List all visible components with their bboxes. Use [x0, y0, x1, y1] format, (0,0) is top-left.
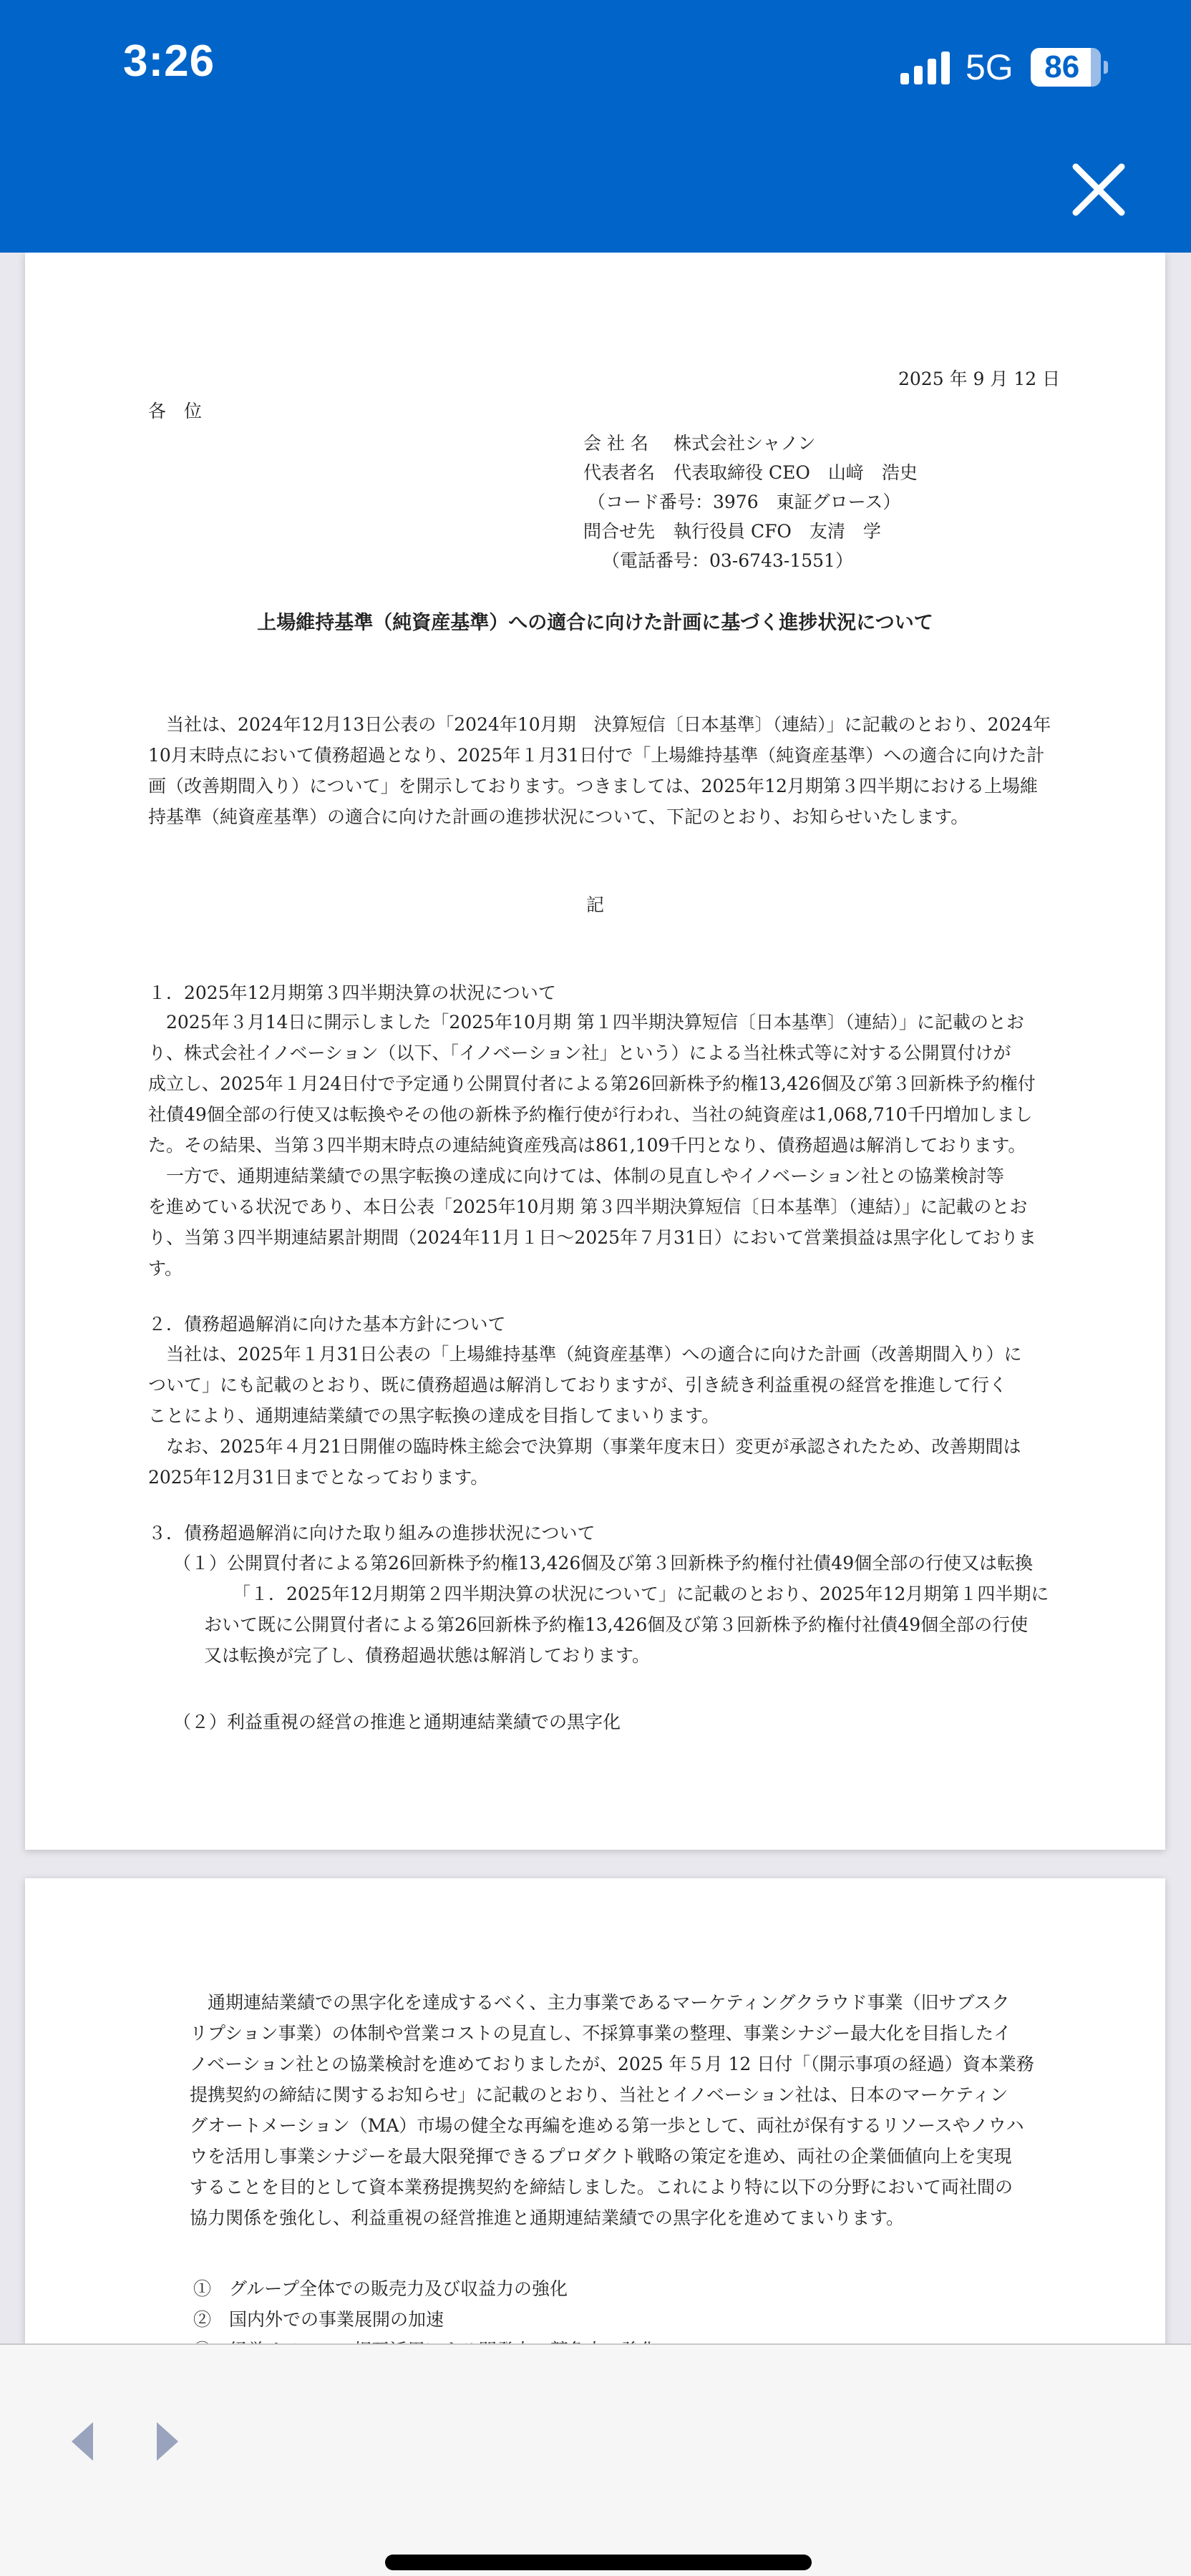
representative-label: 代表者名	[583, 457, 655, 488]
ki-heading: 記	[25, 889, 1165, 920]
section-1-line: た。その結果、当第３四半期末時点の連結純資産残高は861,109千円となり、債務…	[148, 1130, 1026, 1161]
section-1-heading: １．2025年12月期第３四半期決算の状況について	[148, 977, 556, 1008]
next-page-button[interactable]	[147, 2416, 190, 2467]
section-3-item-1-line: 又は転換が完了し、債務超過状態は解消しております。	[204, 1640, 650, 1671]
page-2-line: 通期連結業績での黒字化を達成するべく、主力事業であるマーケティングクラウド事業（…	[190, 1987, 1010, 2018]
section-1-line: 2025年３月14日に開示しました「2025年10月期 第１四半期決算短信〔日本…	[148, 1007, 1024, 1038]
document-date: 2025 年 9 月 12 日	[898, 364, 1060, 394]
document-title: 上場維持基準（純資産基準）への適合に向けた計画に基づく進捗状況について	[25, 608, 1165, 638]
intro-line: 持基準（純資産基準）の適合に向けた計画の進捗状況について、下記のとおり、お知らせ…	[148, 801, 968, 832]
bottom-toolbar	[0, 2343, 1191, 2576]
page-2-line: 提携契約の締結に関するお知らせ」に記載のとおり、当社とイノベーション社は、日本の…	[190, 2079, 1008, 2110]
contact-label: 問合せ先	[583, 516, 655, 547]
stock-code: （コード番号：3976 東証グロース）	[588, 487, 900, 517]
section-1-line: り、株式会社イノベーション（以下、「イノベーション社」という）による当社株式等に…	[148, 1038, 1011, 1068]
contact-value: 執行役員 CFO 友清 学	[674, 516, 881, 547]
section-1-line: を進めている状況であり、本日公表「2025年10月期 第３四半期決算短信〔日本基…	[148, 1191, 1027, 1222]
section-1-line: り、当第３四半期連結累計期間（2024年11月１日～2025年７月31日）におい…	[148, 1222, 1036, 1253]
section-1-line: 社債49個全部の行使又は転換やその他の新株予約権行使が行われ、当社の純資産は1,…	[148, 1099, 1033, 1130]
page-2-line: ノベーション社との協業検討を進めておりましたが、2025 年５月 12 日付「（…	[190, 2049, 1034, 2079]
close-icon	[1070, 161, 1127, 218]
home-indicator[interactable]	[385, 2555, 812, 2570]
page-2-line: ウを活用し事業シナジーを最大限発揮できるプロダクト戦略の策定を進め、両社の企業価…	[190, 2141, 1012, 2172]
page-2-list-item: ③ 経営リソースの相互活用による開発力・競争力の強化	[193, 2335, 658, 2343]
document-viewer[interactable]: 2025 年 9 月 12 日 各 位 会 社 名 株式会社シャノン 代表者名 …	[0, 253, 1191, 2343]
section-1-line: 成立し、2025年１月24日付で予定通り公開買付者による第26回新株予約権13,…	[148, 1068, 1036, 1099]
intro-line: 当社は、2024年12月13日公表の「2024年10月期 決算短信〔日本基準〕（…	[148, 709, 1051, 740]
battery-icon: 86	[1031, 48, 1101, 87]
section-1-line: す。	[148, 1253, 183, 1284]
intro-line: 画（改善期間入り）について」を開示しております。つきましては、2025年12月期…	[148, 771, 1038, 801]
page-2-list-item: ① グループ全体での販売力及び収益力の強化	[193, 2273, 568, 2304]
page-2-list-item: ② 国内外での事業展開の加速	[193, 2304, 444, 2335]
section-3-item-1-line: 「１．2025年12月期第２四半期決算の状況について」に記載のとおり、2025年…	[233, 1579, 1049, 1609]
section-3-item-1-line: おいて既に公開買付者による第26回新株予約権13,426個及び第３回新株予約権付…	[204, 1609, 1028, 1640]
section-3-item-2-heading: （２）利益重視の経営の推進と通期連結業績での黒字化	[173, 1707, 621, 1737]
page-2-line: グオートメーション（MA）市場の健全な再編を進める第一歩として、両社が保有するリ…	[190, 2110, 1024, 2141]
document-page-1: 2025 年 9 月 12 日 各 位 会 社 名 株式会社シャノン 代表者名 …	[25, 253, 1165, 1850]
section-2-line: なお、2025年４月21日開催の臨時株主総会で決算期（事業年度末日）変更が承認さ…	[148, 1431, 1021, 1462]
document-page-2: 通期連結業績での黒字化を達成するべく、主力事業であるマーケティングクラウド事業（…	[25, 1878, 1165, 2343]
section-2-line: ついて」にも記載のとおり、既に債務超過は解消しておりますが、引き続き利益重視の経…	[148, 1370, 1007, 1400]
representative-value: 代表取締役 CEO 山﨑 浩史	[674, 457, 918, 488]
page-2-line: リプション事業）の体制や営業コストの見直し、不採算事業の整理、事業シナジー最大化…	[190, 2018, 1011, 2049]
header-bar: 3:26 5G 86	[0, 0, 1191, 253]
section-2-line: 当社は、2025年１月31日公表の「上場維持基準（純資産基準）への適合に向けた計…	[148, 1339, 1021, 1370]
next-page-icon	[147, 2416, 190, 2467]
addressee: 各 位	[148, 396, 202, 426]
section-2-line: 2025年12月31日までとなっております。	[148, 1462, 488, 1493]
section-2-line: ことにより、通期連結業績での黒字転換の達成を目指してまいります。	[148, 1400, 719, 1431]
section-3-heading: ３．債務超過解消に向けた取り組みの進捗状況について	[148, 1518, 595, 1548]
section-3-item-1-heading: （１）公開買付者による第26回新株予約権13,426個及び第３回新株予約権付社債…	[173, 1548, 1033, 1579]
page-2-line: 協力関係を強化し、利益重視の経営推進と通期連結業績での黒字化を進めてまいります。	[190, 2202, 904, 2233]
company-label: 会 社 名	[583, 428, 648, 459]
phone-number: （電話番号：03-6743-1551）	[602, 545, 853, 576]
intro-line: 10月末時点において債務超過となり、2025年１月31日付で「上場維持基準（純資…	[148, 740, 1044, 771]
company-name: 株式会社シャノン	[674, 428, 816, 459]
page-2-line: することを目的として資本業務提携契約を締結しました。これにより特に以下の分野にお…	[190, 2172, 1013, 2202]
previous-page-button[interactable]	[63, 2416, 106, 2467]
status-time: 3:26	[123, 36, 215, 87]
signal-icon	[900, 50, 950, 84]
section-2-heading: ２．債務超過解消に向けた基本方針について	[148, 1309, 506, 1340]
close-button[interactable]	[1070, 161, 1127, 218]
status-indicators: 5G 86	[900, 47, 1101, 87]
previous-page-icon	[63, 2416, 106, 2467]
network-type: 5G	[966, 47, 1013, 88]
battery-level: 86	[1044, 49, 1079, 85]
section-1-line: 一方で、通期連結業績での黒字転換の達成に向けては、体制の見直しやイノベーション社…	[148, 1161, 1004, 1191]
